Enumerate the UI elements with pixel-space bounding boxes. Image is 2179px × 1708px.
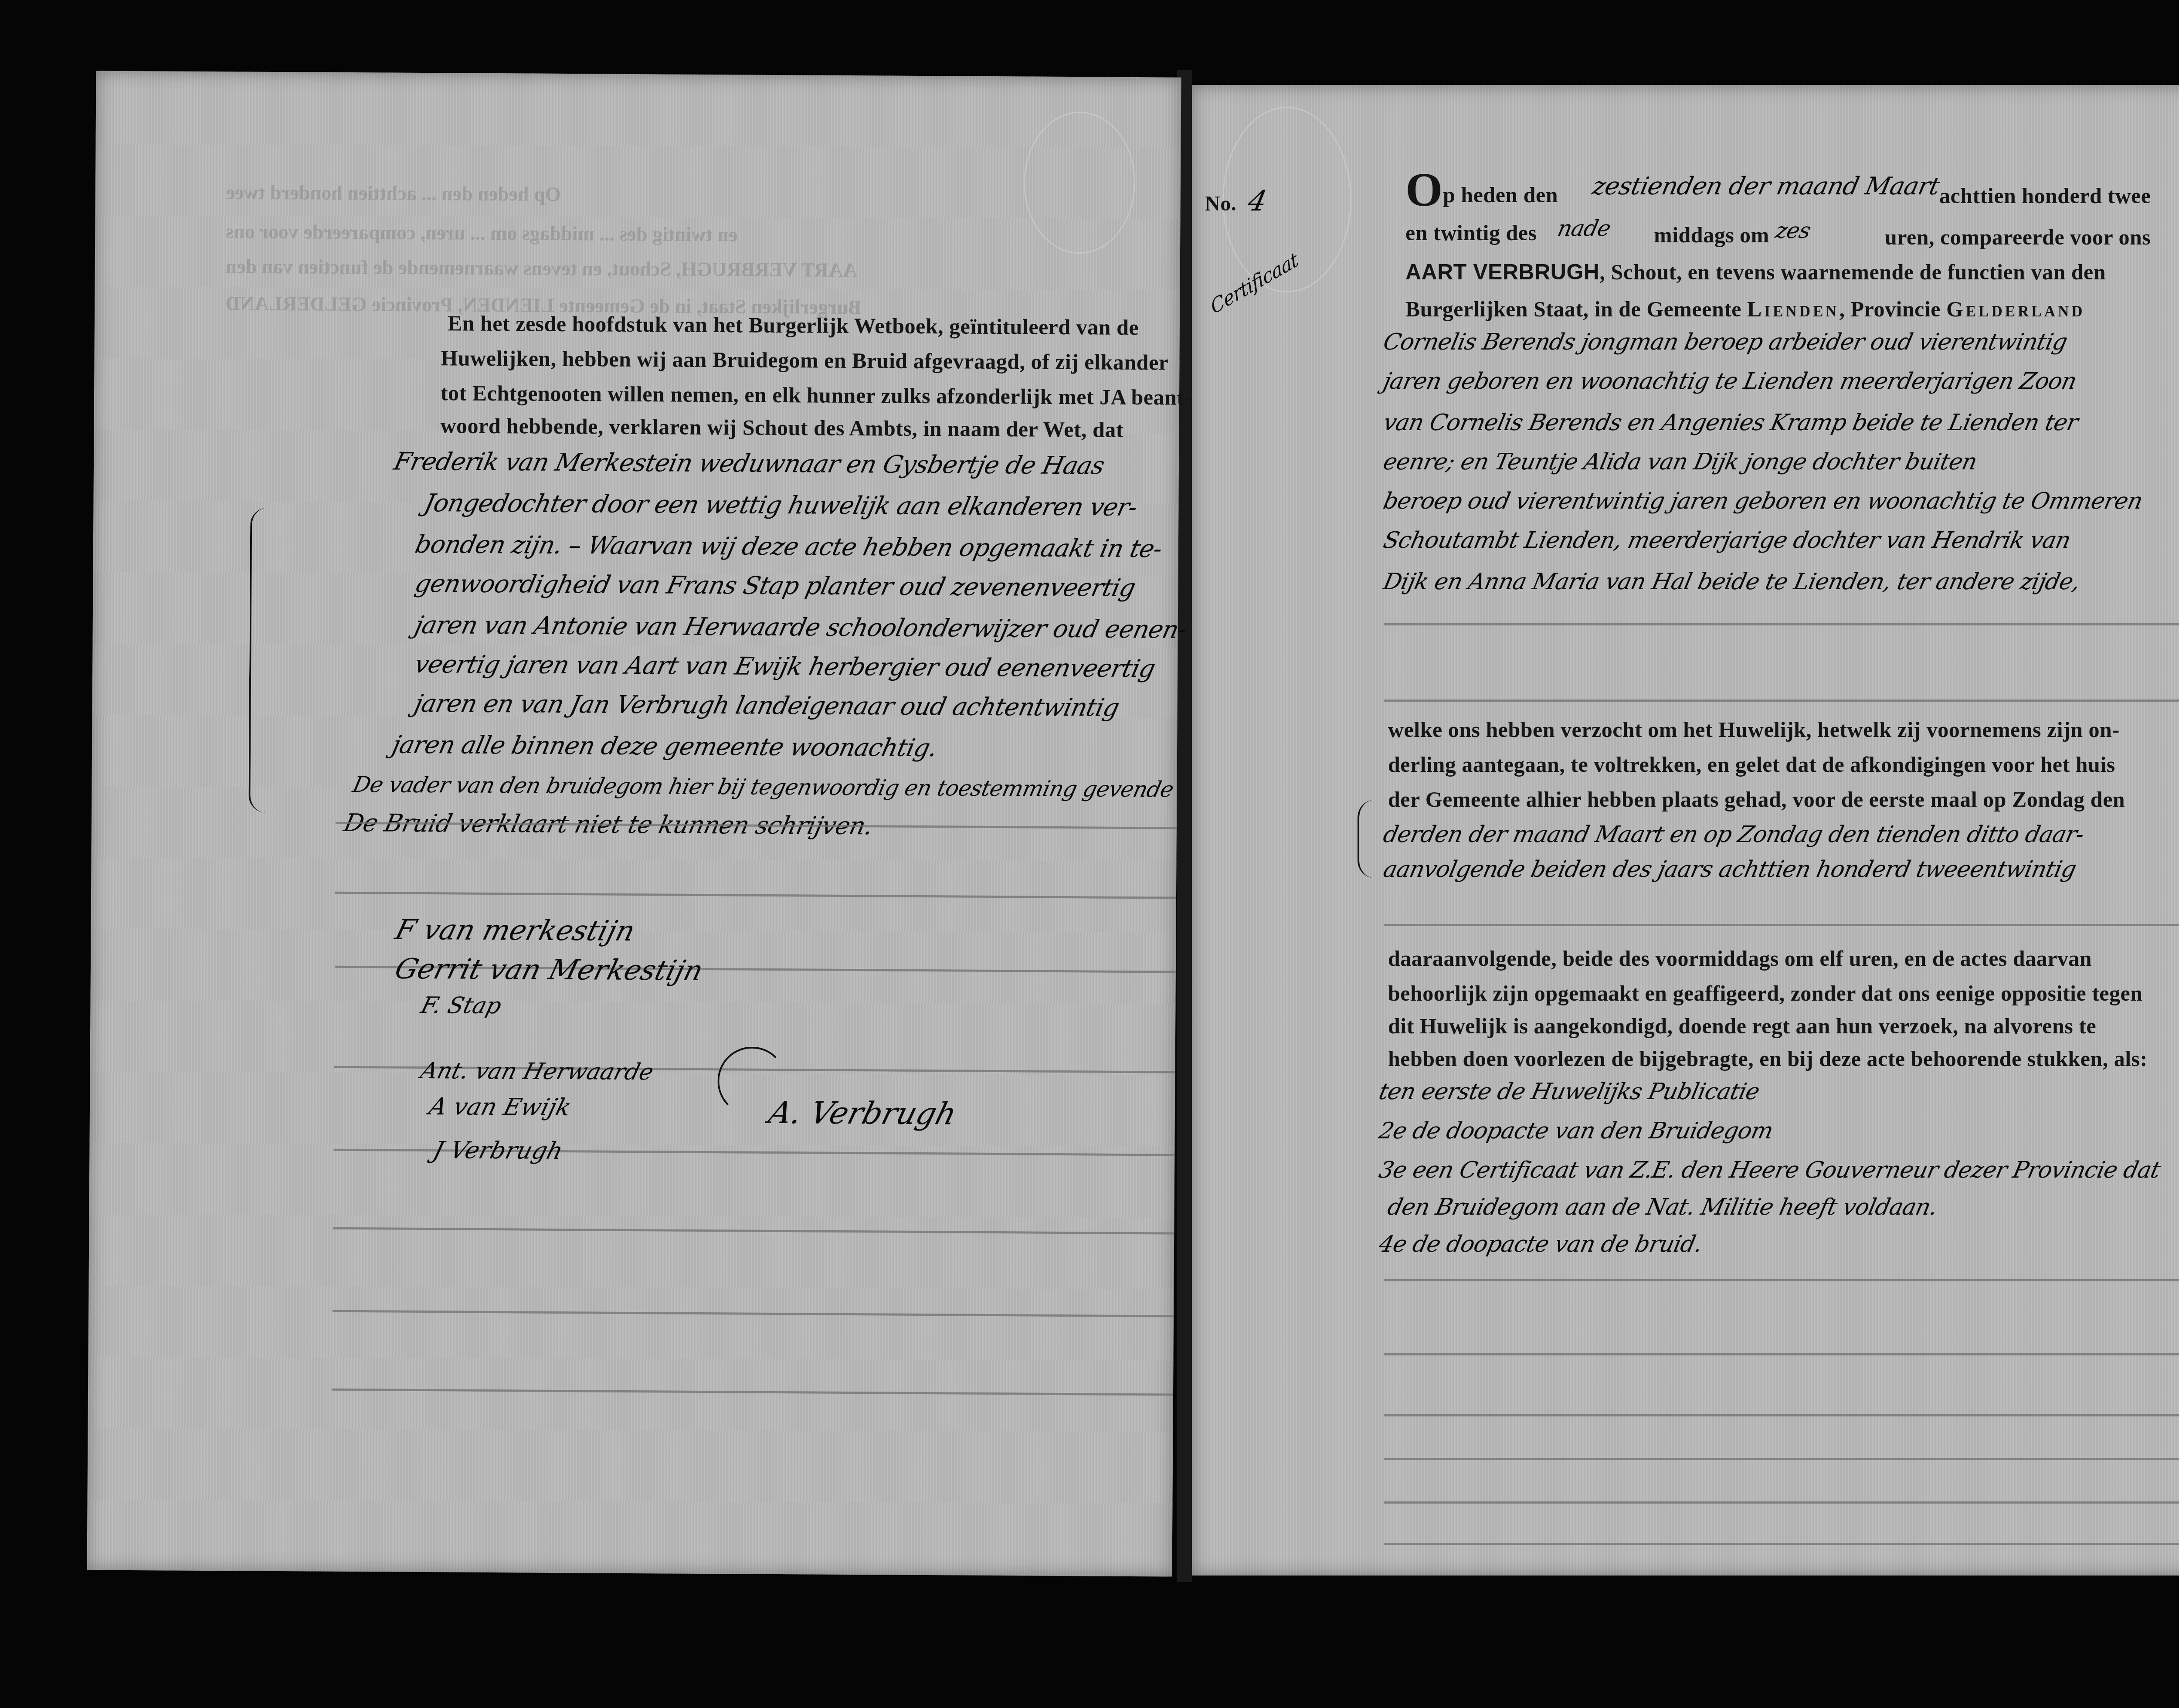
printed-line: derling aantegaan, te voltrekken, en gel… xyxy=(1388,752,2115,777)
printed-line: woord hebbende, verklaren wij Schout des… xyxy=(440,413,1123,442)
document-item: 2e de doopacte van den Bruidegom xyxy=(1377,1118,1775,1144)
banns-dates: aanvolgende beiden des jaars achttien ho… xyxy=(1381,856,2078,883)
party-line: van Cornelis Berends en Angenies Kramp b… xyxy=(1381,410,2081,436)
signature: F van merkestijn xyxy=(392,914,638,947)
ruled-line xyxy=(332,1389,1173,1396)
signature: F. Stap xyxy=(418,992,504,1019)
party-line: eenre; en Teuntje Alida van Dijk jonge d… xyxy=(1381,449,1979,475)
ruled-line xyxy=(1384,1414,2179,1416)
document-item: den Bruidegom aan de Nat. Militie heeft … xyxy=(1385,1194,1940,1220)
signature: J Verbrugh xyxy=(430,1136,566,1165)
printed-text: Burgerlijken Staat, in de Gemeente xyxy=(1405,297,1741,321)
printed-line: tot Echtgenooten willen nemen, en elk hu… xyxy=(441,380,1192,410)
handwritten-line: bonden zijn. – Waarvan wij deze acte heb… xyxy=(413,530,1165,563)
handwritten-line: genwoordigheid van Frans Stap planter ou… xyxy=(412,570,1138,602)
handwritten-line: Jongedochter door een wettig huwelijk aa… xyxy=(421,489,1140,522)
ruled-line xyxy=(1384,1543,2179,1545)
official-name: AART VERBRUGH xyxy=(1405,260,1599,284)
handwritten-line: jaren alle binnen deze gemeente woonacht… xyxy=(390,731,940,763)
province: Gelderland xyxy=(1946,297,2085,321)
handwritten-line: veertig jaren van Aart van Ewijk herberg… xyxy=(412,650,1157,683)
ruled-line xyxy=(1384,1458,2179,1460)
document-item: ten eerste de Huwelijks Publicatie xyxy=(1377,1079,1762,1105)
ruled-line xyxy=(1384,1501,2179,1504)
signature: A van Ewijk xyxy=(426,1093,574,1121)
party-line: beroep oud vierentwintig jaren geboren e… xyxy=(1381,488,2145,514)
handwritten-line: jaren en van Jan Verbrugh landeigenaar o… xyxy=(412,689,1122,722)
handwritten-line: jaren van Antonie van Herwaarde schoolon… xyxy=(412,611,1189,644)
banns-dates: derden der maand Maart en op Zondag den … xyxy=(1381,822,2087,848)
ruled-line xyxy=(333,1310,1174,1318)
embossed-seal-icon xyxy=(1023,111,1136,254)
handwritten-line: De vader van den bruidegom hier bij tege… xyxy=(350,772,1176,802)
printed-line: hebben doen voorlezen de bijgebragte, en… xyxy=(1388,1046,2148,1071)
opening-line-3: AART VERBRUGH, Schout, en tevens waarnem… xyxy=(1405,259,2106,285)
printed-line: der Gemeente alhier hebben plaats gehad,… xyxy=(1388,787,2125,812)
opening-line-4: Burgerlijken Staat, in de Gemeente Liend… xyxy=(1405,296,2085,322)
signature: Gerrit van Merkestijn xyxy=(392,953,706,987)
ruled-line xyxy=(1384,924,2179,926)
signature: Ant. van Herwaarde xyxy=(418,1058,656,1085)
ruled-line xyxy=(1384,1353,2179,1355)
margin-bracket-icon xyxy=(1358,800,1377,878)
printed-text: , Schout, en tevens waarnemende de funct… xyxy=(1599,260,2106,284)
document-item: 4e de doopacte van de bruid. xyxy=(1377,1231,1704,1257)
dropcap: O xyxy=(1405,163,1443,216)
printed-line: Huwelijken, hebben wij aan Bruidegom en … xyxy=(441,345,1168,375)
handwritten-line: Frederik van Merkestein weduwnaar en Gys… xyxy=(391,448,1107,480)
act-number-label: No. xyxy=(1205,192,1236,216)
bleedthrough-line: AART VERBRUGH, Schout, en tevens waarnem… xyxy=(226,255,858,282)
right-page: Ths 4 No. 4 Certificaat Op heden den zes… xyxy=(1192,85,2179,1576)
ruled-line xyxy=(333,1227,1174,1235)
municipality: Lienden xyxy=(1747,297,1840,321)
printed-line: behoorlijk zijn opgemaakt en geaffigeerd… xyxy=(1388,981,2143,1006)
left-page: Op heden den ... achttien honderd twee e… xyxy=(87,71,1181,1576)
date-handwritten: zestienden der maand Maart xyxy=(1590,172,1942,200)
party-line: Dijk en Anna Maria van Hal beide te Lien… xyxy=(1381,569,2082,595)
ruled-line xyxy=(335,892,1176,899)
ruled-line xyxy=(1384,699,2179,702)
party-line: jaren geboren en woonachtig te Lienden m… xyxy=(1381,368,2079,394)
official-signature: A. Verbrugh xyxy=(765,1095,960,1131)
printed-line: En het zesde hoofdstuk van het Burgerlij… xyxy=(448,310,1139,340)
bleedthrough-line: Op heden den ... achttien honderd twee xyxy=(226,180,561,206)
printed-line: daaraanvolgende, beide des voormiddags o… xyxy=(1388,946,2092,971)
printed-text: uren, compareerde voor ons xyxy=(1885,224,2151,250)
printed-text: achttien honderd twee xyxy=(1939,183,2151,208)
bleedthrough-line: en twintig des ... middags om ... uren, … xyxy=(226,220,738,246)
party-line: Schoutambt Lienden, meerderjarige dochte… xyxy=(1381,527,2073,553)
party-line: Cornelis Berends jongman beroep arbeider… xyxy=(1381,329,2070,355)
ruled-line xyxy=(1384,1279,2179,1281)
opening-line-1: Op heden den xyxy=(1405,172,1558,207)
document-item: 3e een Certificaat van Z.E. den Heere Go… xyxy=(1377,1157,2162,1183)
printed-text: en twintig des xyxy=(1405,220,1537,245)
time-of-day-handwritten: nade xyxy=(1555,216,1613,241)
printed-text: middags om xyxy=(1654,222,1769,248)
margin-bracket-icon xyxy=(248,508,278,813)
printed-text: , Provincie xyxy=(1840,297,1941,321)
printed-line: welke ons hebben verzocht om het Huwelij… xyxy=(1388,717,2120,742)
ruled-line xyxy=(1384,623,2179,625)
hour-handwritten: zes xyxy=(1773,218,1813,243)
printed-line: dit Huwelijk is aangekondigd, doende reg… xyxy=(1388,1013,2096,1039)
printed-text: p heden den xyxy=(1443,183,1558,207)
